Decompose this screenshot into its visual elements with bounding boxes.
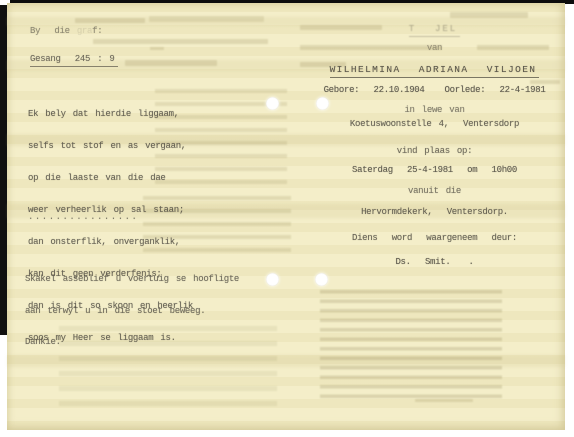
funeral-datetime: Saterdag 25-4-1981 om 10h00 — [307, 166, 562, 175]
bleed-through-block — [320, 290, 502, 400]
notice-line: Dankie. — [25, 336, 239, 350]
scanned-funeral-letter: By die graf: Gesang 245 : 9 Ek bely dat … — [0, 0, 574, 437]
bleed-through-line — [149, 16, 264, 22]
born-date: Gebore: 22.10.1904 — [324, 85, 425, 95]
notice-line: Skakel asseblief u voertuig se hoofligte — [25, 273, 239, 287]
hymn-number-heading: Gesang 245 : 9 — [30, 55, 118, 67]
bleed-through-line — [125, 60, 217, 66]
separator-dots: ................ — [28, 213, 138, 222]
deceased-name: WILHELMINA ADRIANA VILJOEN — [330, 65, 540, 78]
notice-line: aan terwyl u in die stoet beweeg. — [25, 305, 239, 319]
headlights-notice: Skakel asseblief u voertuig se hoofligte… — [25, 255, 239, 368]
bleed-through-line — [75, 18, 145, 23]
vind-plaas-op-label: vind plaas op: — [307, 147, 562, 156]
punch-hole — [315, 273, 328, 286]
hymn-line: selfs tot stof en as vergaan, — [28, 139, 193, 153]
church-name: Hervormdekerk, Ventersdorp. — [307, 208, 562, 217]
graveside-heading: By die graf: — [30, 27, 102, 36]
scanner-edge-left — [0, 5, 7, 335]
paper-sheet: By die graf: Gesang 245 : 9 Ek bely dat … — [7, 3, 565, 430]
born-died-line: Gebore: 22.10.1904Oorlede: 22-4-1981 — [307, 86, 562, 95]
hymn-line: op die laaste van die dae — [28, 171, 193, 185]
deceased-name-line: WILHELMINA ADRIANA VILJOEN — [307, 65, 562, 78]
hymn-line: dan onsterflik, onverganklik, — [28, 235, 193, 249]
hymn-line: Ek bely dat hierdie liggaam, — [28, 107, 193, 121]
hymn-number-text: Gesang 245 : 9 — [30, 55, 118, 67]
officiant-line: Ds. Smit.. — [307, 258, 562, 267]
vanuit-die-label: vanuit die — [307, 187, 562, 196]
graveside-heading-suffix: f: — [92, 26, 102, 36]
residence-address: Koetuswoonstelle 4, Ventersdorp — [307, 120, 562, 129]
graveside-heading-faded: gra — [70, 26, 92, 36]
faded-title-text: T JEL — [409, 25, 460, 37]
bleed-through-line — [530, 80, 560, 84]
died-date: Oorlede: 22-4-1981 — [445, 85, 546, 95]
officiant-label: Diens word waargeneem deur: — [307, 234, 562, 243]
bleed-through-mark — [150, 47, 164, 50]
graveside-heading-prefix: By die — [30, 26, 70, 36]
bleed-through-line — [93, 39, 268, 44]
punch-hole — [266, 273, 279, 286]
faded-title: T JEL — [307, 25, 562, 37]
bleed-through-line — [450, 12, 528, 18]
officiant-name: Ds. Smit. — [395, 257, 450, 267]
trailing-dot: . — [468, 257, 473, 267]
in-lewe-van-label: in lewe van — [307, 106, 562, 115]
van-label: van — [307, 44, 562, 53]
punch-hole — [266, 97, 279, 110]
